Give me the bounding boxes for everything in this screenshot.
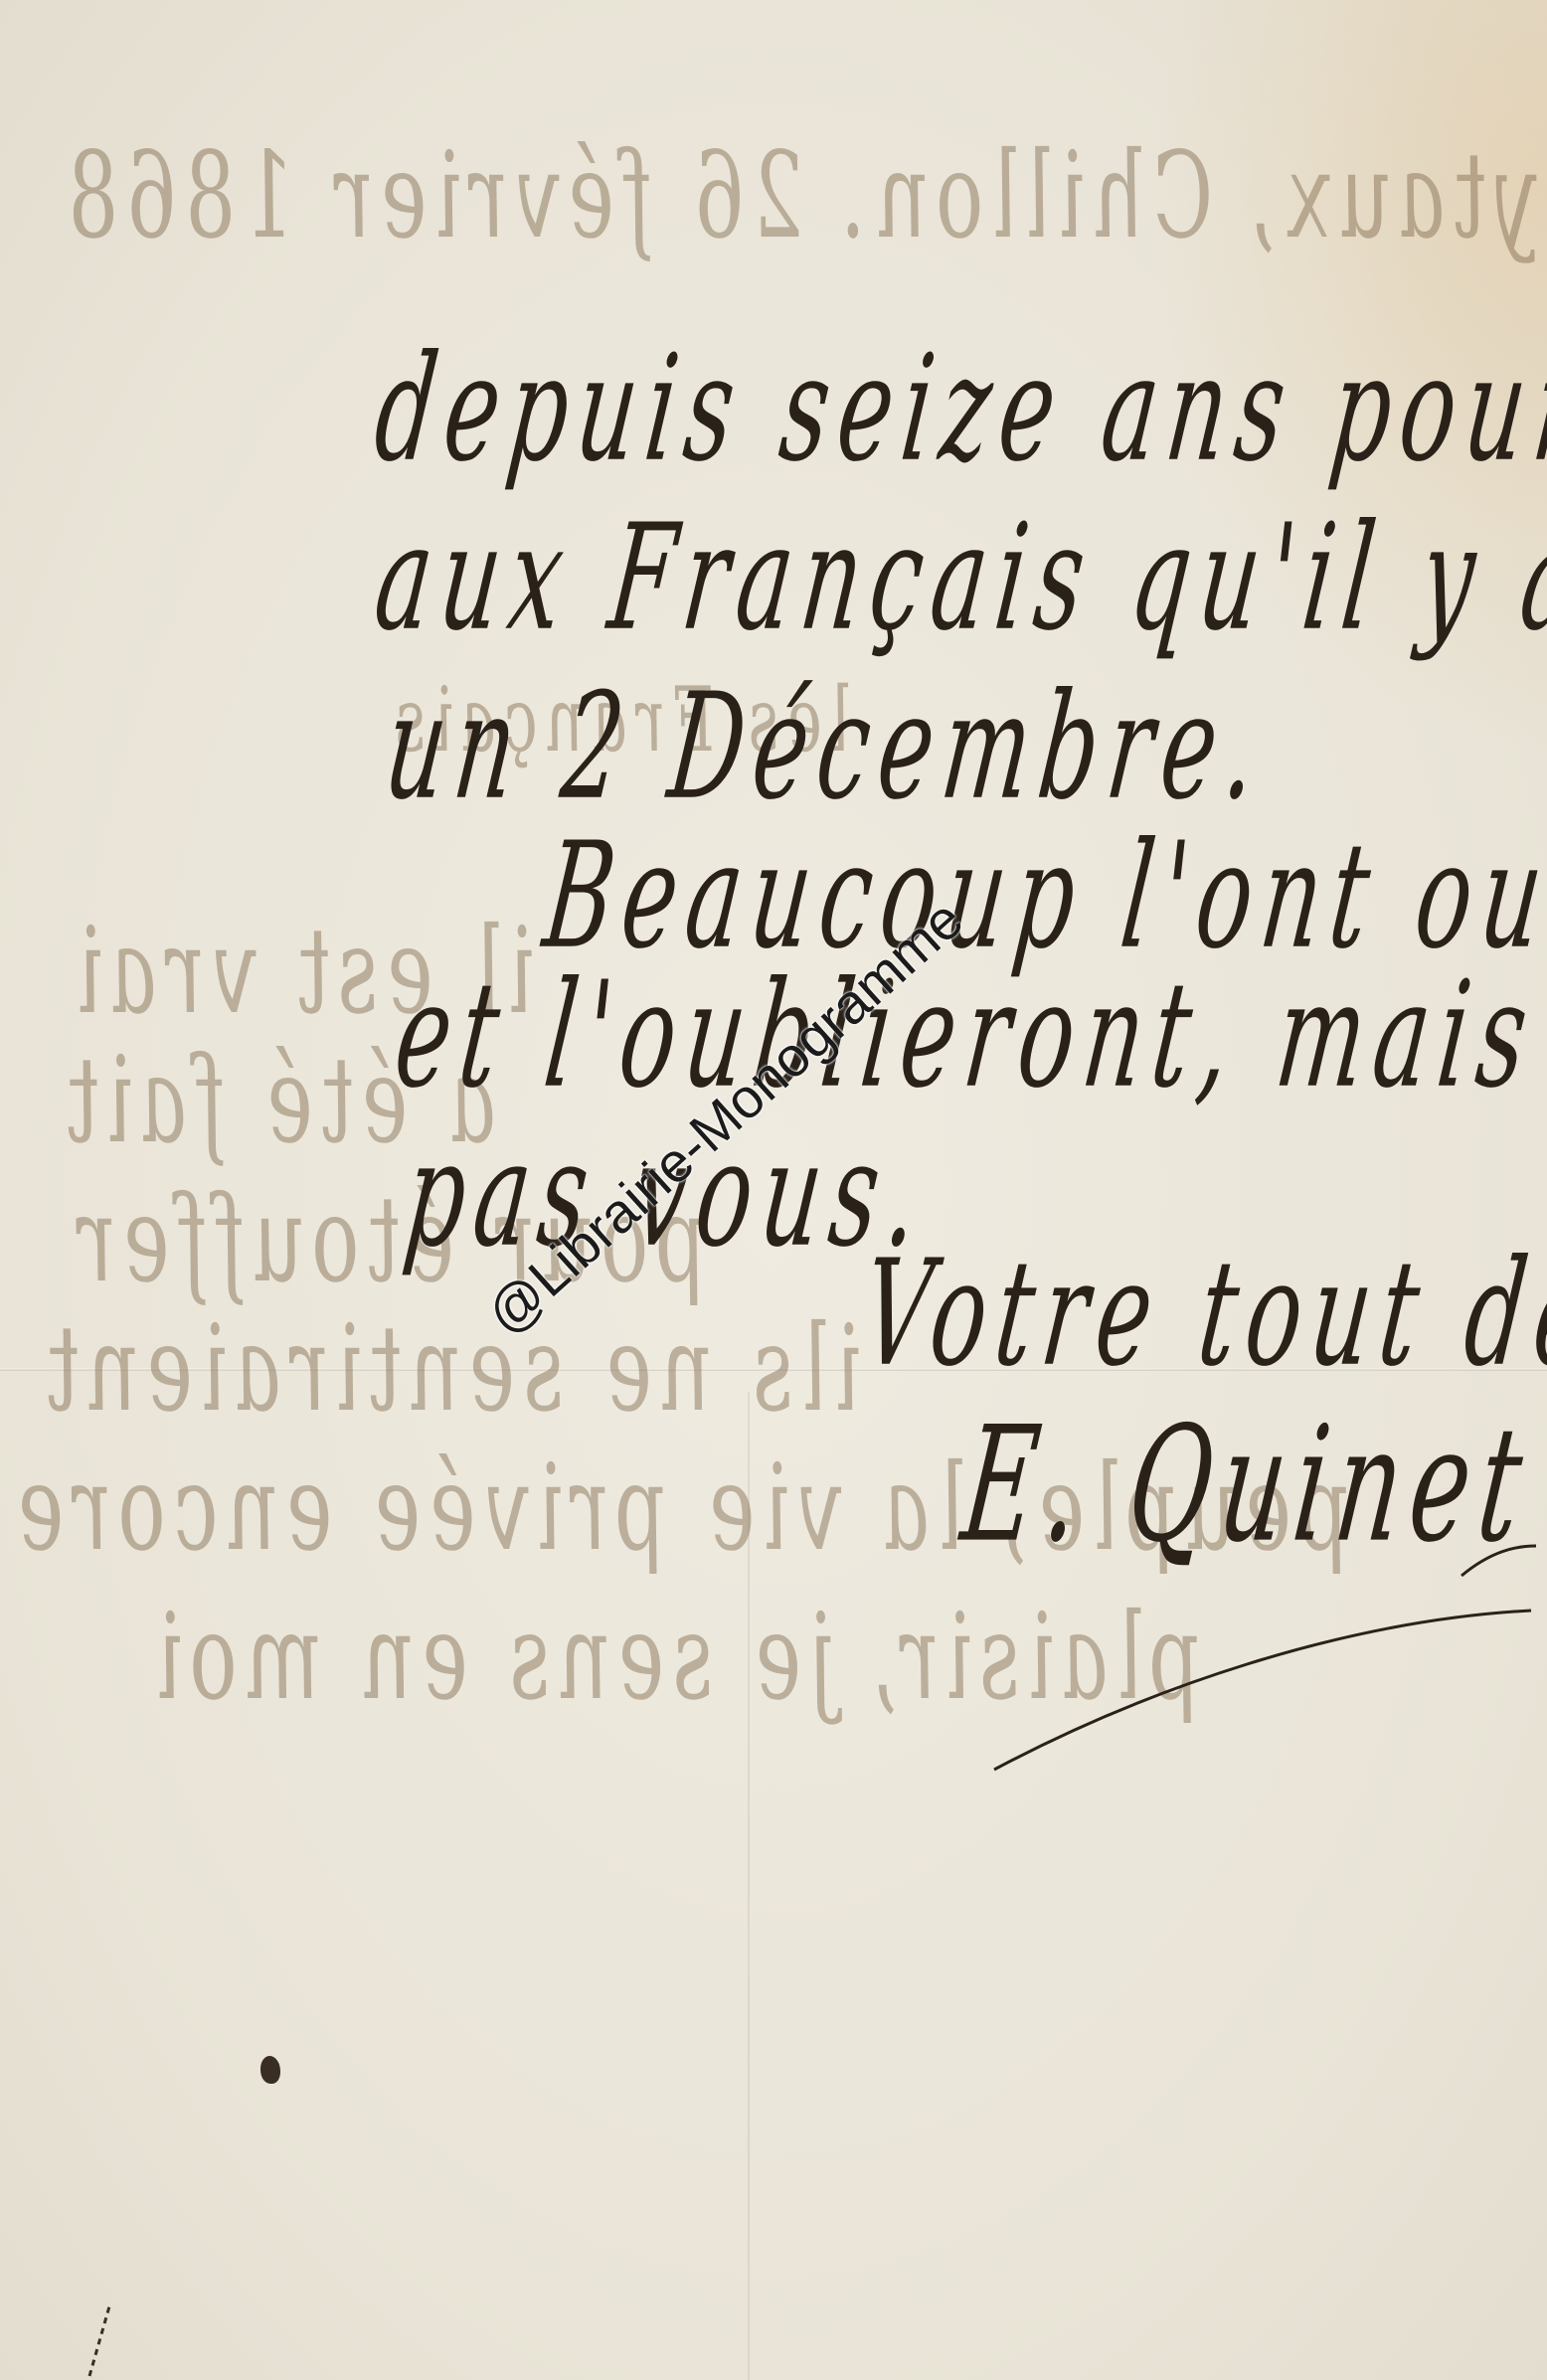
ink-blot (260, 2056, 280, 2084)
letter-page: Veytaux, Chillon. 26 février 1868 les Fr… (0, 0, 1547, 2380)
signature-flourish (0, 0, 1547, 2380)
